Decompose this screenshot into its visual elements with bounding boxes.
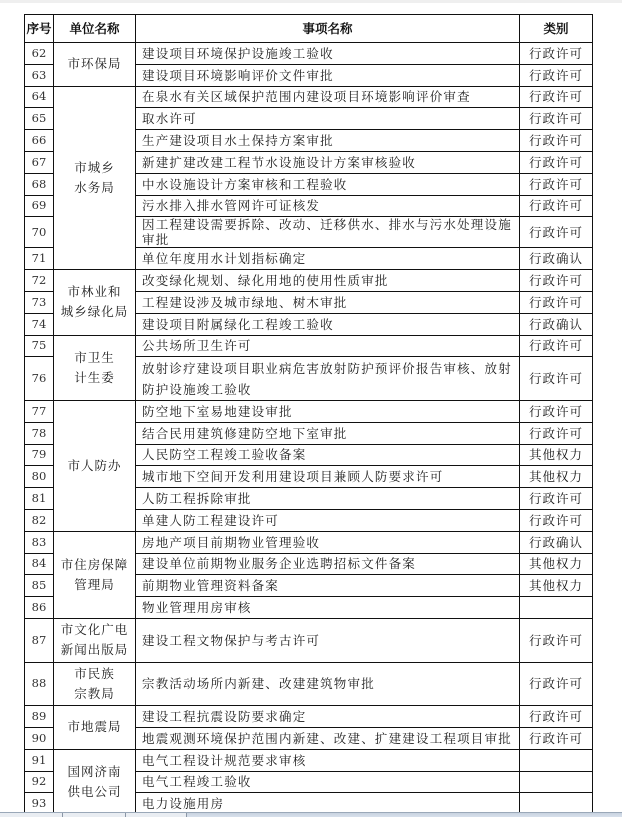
category	[520, 597, 593, 619]
row-number: 72	[25, 270, 54, 292]
category: 行政许可	[520, 335, 593, 357]
row-number: 82	[25, 509, 54, 531]
row-number: 78	[25, 422, 54, 444]
item-name: 新建扩建改建工程节水设施设计方案审核验收	[136, 151, 520, 173]
table-row: 91国网济南供电公司电气工程设计规范要求审核	[25, 749, 593, 771]
category: 行政确认	[520, 248, 593, 270]
row-number: 65	[25, 108, 54, 130]
category: 行政确认	[520, 313, 593, 335]
table-row: 72市林业和城乡绿化局改变绿化规划、绿化用地的使用性质审批行政许可	[25, 270, 593, 292]
item-name: 中水设施设计方案审核和工程验收	[136, 173, 520, 195]
unit-name: 市卫生计生委	[54, 335, 136, 400]
row-number: 66	[25, 130, 54, 152]
category: 行政确认	[520, 531, 593, 553]
top-window-edge	[0, 0, 622, 3]
item-name: 建设单位前期物业服务企业选聘招标文件备案	[136, 553, 520, 575]
category: 行政许可	[520, 130, 593, 152]
table-row: 87市文化广电新闻出版局建设工程文物保护与考古许可行政许可	[25, 618, 593, 662]
row-number: 84	[25, 553, 54, 575]
item-name: 结合民用建筑修建防空地下室审批	[136, 422, 520, 444]
row-number: 63	[25, 64, 54, 86]
table-row: 89市地震局建设工程抗震设防要求确定行政许可	[25, 706, 593, 728]
row-number: 77	[25, 400, 54, 422]
item-name: 电气工程设计规范要求审核	[136, 749, 520, 771]
category: 行政许可	[520, 108, 593, 130]
item-name: 在泉水有关区域保护范围内建设项目环境影响评价审查	[136, 86, 520, 108]
row-number: 81	[25, 488, 54, 510]
row-number: 88	[25, 662, 54, 706]
row-number: 70	[25, 217, 54, 248]
category: 行政许可	[520, 195, 593, 217]
power-list-table: 序号 单位名称 事项名称 类别 62市环保局建设项目环境保护设施竣工验收行政许可…	[24, 14, 593, 815]
category: 行政许可	[520, 662, 593, 706]
category: 行政许可	[520, 357, 593, 401]
row-number: 80	[25, 466, 54, 488]
category: 其他权力	[520, 466, 593, 488]
category: 行政许可	[520, 173, 593, 195]
category: 行政许可	[520, 217, 593, 248]
table-row: 75市卫生计生委公共场所卫生许可行政许可	[25, 335, 593, 357]
row-number: 87	[25, 618, 54, 662]
category: 行政许可	[520, 509, 593, 531]
taskbar-segment[interactable]	[126, 813, 187, 817]
category: 行政许可	[520, 488, 593, 510]
item-name: 工程建设涉及城市绿地、树木审批	[136, 291, 520, 313]
item-name: 房地产项目前期物业管理验收	[136, 531, 520, 553]
table-body: 62市环保局建设项目环境保护设施竣工验收行政许可63建设项目环境影响评价文件审批…	[25, 43, 593, 815]
item-name: 地震观测环境保护范围内新建、改建、扩建建设工程项目审批	[136, 727, 520, 749]
unit-name: 市人防办	[54, 400, 136, 531]
category: 行政许可	[520, 706, 593, 728]
item-name: 单建人防工程建设许可	[136, 509, 520, 531]
item-name: 宗教活动场所内新建、改建建筑物审批	[136, 662, 520, 706]
row-number: 67	[25, 151, 54, 173]
item-name: 生产建设项目水土保持方案审批	[136, 130, 520, 152]
category: 行政许可	[520, 64, 593, 86]
row-number: 79	[25, 444, 54, 466]
row-number: 71	[25, 248, 54, 270]
row-number: 89	[25, 706, 54, 728]
row-number: 85	[25, 575, 54, 597]
item-name: 建设项目环境保护设施竣工验收	[136, 43, 520, 65]
unit-name: 市林业和城乡绿化局	[54, 270, 136, 335]
item-name: 人民防空工程竣工验收备案	[136, 444, 520, 466]
category: 其他权力	[520, 444, 593, 466]
item-name: 污水排入排水管网许可证核发	[136, 195, 520, 217]
item-name: 因工程建设需要拆除、改动、迁移供水、排水与污水处理设施审批	[136, 217, 520, 248]
unit-name: 市文化广电新闻出版局	[54, 618, 136, 662]
item-name: 建设工程文物保护与考古许可	[136, 618, 520, 662]
item-name: 前期物业管理资料备案	[136, 575, 520, 597]
category: 其他权力	[520, 553, 593, 575]
item-name: 电气工程竣工验收	[136, 771, 520, 793]
header-item: 事项名称	[136, 15, 520, 43]
category: 行政许可	[520, 727, 593, 749]
table-row: 88市民族宗教局宗教活动场所内新建、改建建筑物审批行政许可	[25, 662, 593, 706]
category: 行政许可	[520, 422, 593, 444]
taskbar-segment[interactable]	[0, 813, 63, 817]
document-table-container: 序号 单位名称 事项名称 类别 62市环保局建设项目环境保护设施竣工验收行政许可…	[24, 14, 593, 815]
unit-name: 市环保局	[54, 43, 136, 87]
category: 行政许可	[520, 618, 593, 662]
table-row: 77市人防办防空地下室易地建设审批行政许可	[25, 400, 593, 422]
row-number: 62	[25, 43, 54, 65]
row-number: 83	[25, 531, 54, 553]
unit-name: 市城乡水务局	[54, 86, 136, 270]
item-name: 公共场所卫生许可	[136, 335, 520, 357]
category: 行政许可	[520, 86, 593, 108]
row-number: 92	[25, 771, 54, 793]
category: 行政许可	[520, 400, 593, 422]
category: 其他权力	[520, 575, 593, 597]
header-num: 序号	[25, 15, 54, 43]
category: 行政许可	[520, 43, 593, 65]
category: 行政许可	[520, 270, 593, 292]
item-name: 单位年度用水计划指标确定	[136, 248, 520, 270]
table-row: 62市环保局建设项目环境保护设施竣工验收行政许可	[25, 43, 593, 65]
row-number: 75	[25, 335, 54, 357]
item-name: 取水许可	[136, 108, 520, 130]
unit-name: 国网济南供电公司	[54, 749, 136, 814]
item-name: 建设工程抗震设防要求确定	[136, 706, 520, 728]
item-name: 建设项目环境影响评价文件审批	[136, 64, 520, 86]
row-number: 76	[25, 357, 54, 401]
category: 行政许可	[520, 291, 593, 313]
category: 行政许可	[520, 151, 593, 173]
category	[520, 749, 593, 771]
item-name: 防空地下室易地建设审批	[136, 400, 520, 422]
item-name: 放射诊疗建设项目职业病危害放射防护预评价报告审核、放射防护设施竣工验收	[136, 357, 520, 401]
unit-name: 市民族宗教局	[54, 662, 136, 706]
row-number: 69	[25, 195, 54, 217]
taskbar-strip	[0, 812, 622, 817]
item-name: 改变绿化规划、绿化用地的使用性质审批	[136, 270, 520, 292]
item-name: 人防工程拆除审批	[136, 488, 520, 510]
unit-name: 市住房保障管理局	[54, 531, 136, 618]
row-number: 86	[25, 597, 54, 619]
item-name: 物业管理用房审核	[136, 597, 520, 619]
unit-name: 市地震局	[54, 706, 136, 750]
row-number: 64	[25, 86, 54, 108]
item-name: 城市地下空间开发利用建设项目兼顾人防要求许可	[136, 466, 520, 488]
row-number: 68	[25, 173, 54, 195]
row-number: 73	[25, 291, 54, 313]
item-name: 建设项目附属绿化工程竣工验收	[136, 313, 520, 335]
header-unit: 单位名称	[54, 15, 136, 43]
table-row: 64市城乡水务局在泉水有关区域保护范围内建设项目环境影响评价审查行政许可	[25, 86, 593, 108]
row-number: 91	[25, 749, 54, 771]
row-number: 74	[25, 313, 54, 335]
table-header-row: 序号 单位名称 事项名称 类别	[25, 15, 593, 43]
table-row: 83市住房保障管理局房地产项目前期物业管理验收行政确认	[25, 531, 593, 553]
taskbar-segment[interactable]	[63, 813, 126, 817]
row-number: 90	[25, 727, 54, 749]
category	[520, 771, 593, 793]
header-category: 类别	[520, 15, 593, 43]
